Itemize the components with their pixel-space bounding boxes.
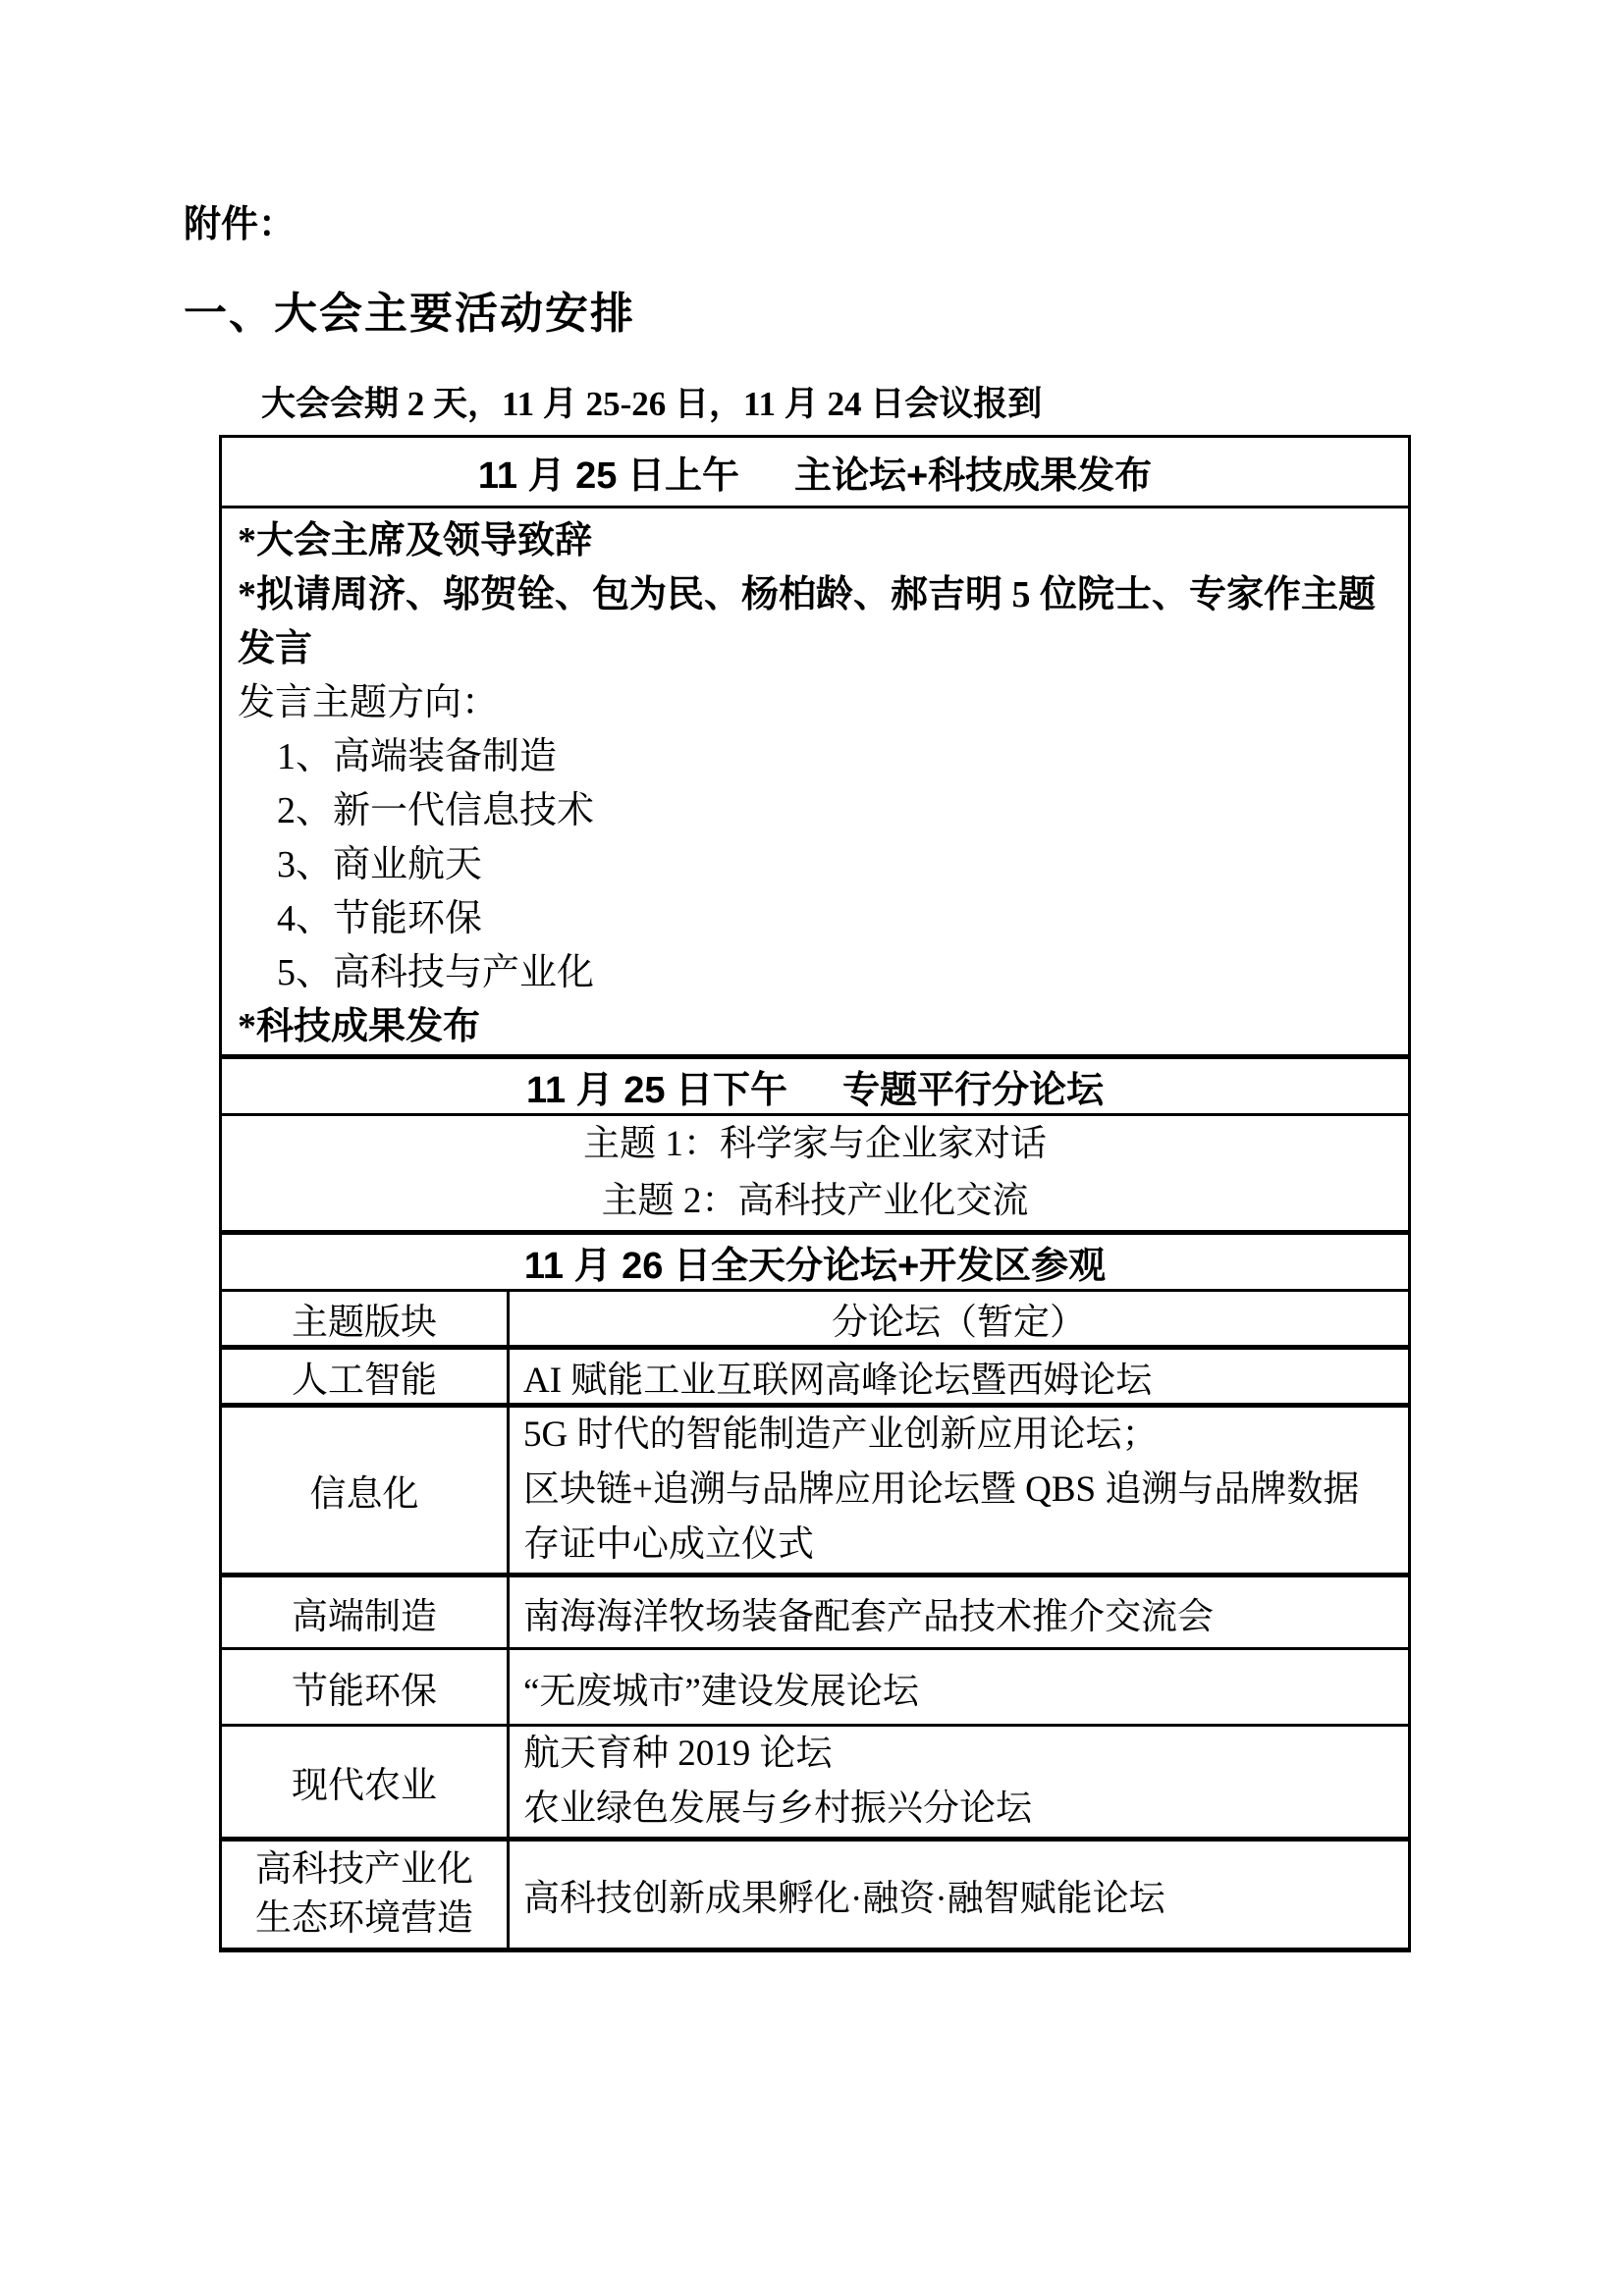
agenda-line-item: 1、高端装备制造	[238, 730, 1392, 784]
agenda-line-item: 5、高科技与产业化	[238, 946, 1392, 1000]
table-row: 高端制造 南海海洋牧场装备配套产品技术推介交流会	[221, 1575, 1410, 1649]
afternoon-topics-row: 主题 1：科学家与企业家对话 主题 2：高科技产业化交流	[221, 1115, 1410, 1233]
forum-column-header: 分论坛（暂定）	[509, 1291, 1410, 1348]
morning-header: 11 月 25 日上午 主论坛+科技成果发布	[222, 445, 1408, 499]
agenda-line: *拟请周济、邬贺铨、包为民、杨柏龄、郝吉明 5 位院士、专家作主题	[238, 568, 1392, 622]
table-row: 人工智能 AI 赋能工业互联网高峰论坛暨西姆论坛	[221, 1348, 1410, 1406]
morning-header-row: 11 月 25 日上午 主论坛+科技成果发布	[221, 437, 1410, 507]
afternoon-header-title: 专题平行分论坛	[842, 1059, 1104, 1113]
topic-line: 主题 1：科学家与企业家对话	[222, 1116, 1408, 1173]
morning-header-cell: 11 月 25 日上午 主论坛+科技成果发布	[221, 437, 1410, 507]
table-row: 节能环保 “无废城市”建设发展论坛	[221, 1649, 1410, 1726]
theme-cell: 高科技产业化 生态环境营造	[221, 1840, 509, 1950]
afternoon-topics-cell: 主题 1：科学家与企业家对话 主题 2：高科技产业化交流	[221, 1115, 1410, 1233]
theme-line: 高科技产业化	[222, 1845, 507, 1895]
theme-column-header: 主题版块	[221, 1291, 509, 1348]
page-title: 一、大会主要活动安排	[184, 289, 635, 341]
forum-cell: 高科技创新成果孵化·融资·融智赋能论坛	[509, 1840, 1410, 1950]
forum-cell: AI 赋能工业互联网高峰论坛暨西姆论坛	[509, 1348, 1410, 1406]
forum-cell: “无废城市”建设发展论坛	[509, 1649, 1410, 1726]
document-page: 附件： 一、大会主要活动安排 大会会期 2 天，11 月 25-26 日，11 …	[0, 0, 1624, 2296]
afternoon-header-row: 11 月 25 日下午 专题平行分论坛	[221, 1057, 1410, 1115]
afternoon-header-cell: 11 月 25 日下午 专题平行分论坛	[221, 1057, 1410, 1115]
table-row: 高科技产业化 生态环境营造 高科技创新成果孵化·融资·融智赋能论坛	[221, 1840, 1410, 1950]
forum-cell: 航天育种 2019 论坛 农业绿色发展与乡村振兴分论坛	[509, 1726, 1410, 1840]
theme-line: 生态环境营造	[222, 1895, 507, 1944]
agenda-line: 发言主题方向：	[238, 676, 1392, 730]
day2-header-cell: 11 月 26 日全天分论坛+开发区参观	[221, 1233, 1410, 1291]
morning-header-time: 11 月 25 日上午	[478, 445, 739, 499]
agenda-line-item: 4、节能环保	[238, 892, 1392, 946]
forum-cell: 5G 时代的智能制造产业创新应用论坛； 区块链+追溯与品牌应用论坛暨 QBS 追…	[509, 1406, 1410, 1575]
theme-cell: 高端制造	[221, 1575, 509, 1649]
agenda-line: *科技成果发布	[238, 1000, 1392, 1054]
topic-line: 主题 2：高科技产业化交流	[222, 1173, 1408, 1230]
forum-line: 区块链+追溯与品牌应用论坛暨 QBS 追溯与品牌数据	[523, 1463, 1402, 1518]
forum-line: 航天育种 2019 论坛	[523, 1727, 1402, 1782]
morning-content-row: *大会主席及领导致辞 *拟请周济、邬贺铨、包为民、杨柏龄、郝吉明 5 位院士、专…	[221, 507, 1410, 1057]
theme-cell: 人工智能	[221, 1348, 509, 1406]
agenda-line: 发言	[238, 622, 1392, 676]
attachment-label: 附件：	[184, 203, 296, 248]
intro-text: 大会会期 2 天，11 月 25-26 日，11 月 24 日会议报到	[261, 384, 1042, 425]
afternoon-header: 11 月 25 日下午 专题平行分论坛	[222, 1059, 1408, 1113]
forum-line: 农业绿色发展与乡村振兴分论坛	[523, 1782, 1402, 1837]
agenda-line-item: 3、商业航天	[238, 838, 1392, 892]
agenda-line-item: 2、新一代信息技术	[238, 784, 1392, 838]
morning-header-title: 主论坛+科技成果发布	[794, 445, 1152, 499]
forum-line: 5G 时代的智能制造产业创新应用论坛；	[523, 1408, 1402, 1463]
theme-cell: 现代农业	[221, 1726, 509, 1840]
table-row: 现代农业 航天育种 2019 论坛 农业绿色发展与乡村振兴分论坛	[221, 1726, 1410, 1840]
day2-header-row: 11 月 26 日全天分论坛+开发区参观	[221, 1233, 1410, 1291]
morning-content-cell: *大会主席及领导致辞 *拟请周济、邬贺铨、包为民、杨柏龄、郝吉明 5 位院士、专…	[221, 507, 1410, 1057]
column-header-row: 主题版块 分论坛（暂定）	[221, 1291, 1410, 1348]
table-row: 信息化 5G 时代的智能制造产业创新应用论坛； 区块链+追溯与品牌应用论坛暨 Q…	[221, 1406, 1410, 1575]
agenda-table: 11 月 25 日上午 主论坛+科技成果发布 *大会主席及领导致辞 *拟请周济、…	[219, 435, 1411, 1952]
forum-line: 存证中心成立仪式	[523, 1518, 1402, 1573]
afternoon-header-time: 11 月 25 日下午	[526, 1059, 787, 1113]
theme-cell: 节能环保	[221, 1649, 509, 1726]
agenda-line: *大会主席及领导致辞	[238, 514, 1392, 568]
theme-cell: 信息化	[221, 1406, 509, 1575]
forum-cell: 南海海洋牧场装备配套产品技术推介交流会	[509, 1575, 1410, 1649]
